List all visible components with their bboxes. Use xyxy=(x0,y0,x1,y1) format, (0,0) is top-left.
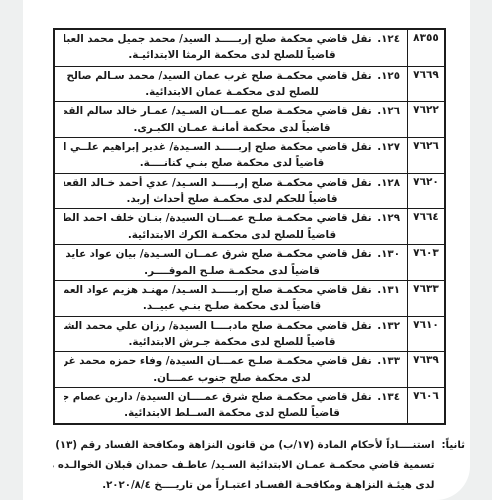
reference-number: ٧٦٣٩ xyxy=(407,352,444,387)
second-clause-label: ثانياً: xyxy=(441,436,465,496)
decision-text: نقل قاضي محكمـة صلح شرق عمــــان السيدة/… xyxy=(64,391,372,403)
decision-line1: ١٢٨. نقل قاضي محكمـة صلح إربـــــد السـي… xyxy=(64,175,400,191)
second-clause-line1: استنــــاداً لأحكام المادة (١٧/ب) من قان… xyxy=(53,436,434,456)
item-number: ١٢٤. xyxy=(375,33,400,45)
decision-cell: ١٣٢. نقل قاضي محكمـة صلح مادبــــا السيد… xyxy=(55,317,407,352)
decision-line2: قاضياً لدى محكمة صلح بنـي كنانــــة. xyxy=(64,155,400,171)
reference-number: ٧٦١٠ xyxy=(407,317,444,352)
decision-cell: ١٢٨. نقل قاضي محكمـة صلح إربـــــد السـي… xyxy=(55,174,407,209)
decision-line2: لدى محكمة صلح جنوب عمـــان. xyxy=(64,370,400,386)
second-clause-line3: لدى هيئـة النزاهـة ومكافحـة الفسـاد اعتب… xyxy=(53,476,434,496)
item-number: ١٢٥. xyxy=(375,70,400,82)
table-row: ٧٦٦٤ ١٢٩. نقل قاضي محكمـة صلـح عمـــان ا… xyxy=(55,208,444,244)
item-number: ١٢٧. xyxy=(375,141,400,153)
decision-cell: ١٢٦. نقل قاضي محكمـة صلح عمـــان السـيد/… xyxy=(55,102,407,137)
decision-line2: قاضياً للحكم لدى محكمـة صلح أحداث إربد. xyxy=(64,191,400,207)
decision-line2: قاضياً لدى محكمـة صلـح الموقــــر. xyxy=(64,263,400,279)
decision-text: نقل قاضي محكمـة صلح مادبــــا السيدة/ رز… xyxy=(64,320,372,332)
table-row: ٧٦٢٢ ١٢٦. نقل قاضي محكمـة صلح عمـــان ال… xyxy=(55,101,444,137)
reference-number: ٨٣٥٥ xyxy=(407,30,444,66)
decision-line1: ١٣٤. نقل قاضي محكمـة صلح شرق عمــــان ال… xyxy=(64,389,400,405)
decision-text: نقل قاضي محكمـة صلح غرب عمان السيد/ محمد… xyxy=(64,70,372,82)
decision-cell: ١٢٤. نقل قاضي محكمة صلح إربـــــد السيد/… xyxy=(55,30,407,66)
second-clause: ثانياً: استنــــاداً لأحكام المادة (١٧/ب… xyxy=(53,436,465,496)
decision-line1: ١٢٩. نقل قاضي محكمـة صلـح عمـــان السيدة… xyxy=(64,210,400,226)
gazette-scan-view: ٨٣٥٥ ١٢٤. نقل قاضي محكمة صلح إربـــــد ا… xyxy=(0,0,492,500)
decision-line2: قاضياً لدى محكمة أمانـة عمـان الكبـرى. xyxy=(64,120,400,136)
table-row: ٧٦٦٩ ١٢٥. نقل قاضي محكمـة صلح غرب عمان ا… xyxy=(55,66,444,102)
decision-line1: ١٢٦. نقل قاضي محكمـة صلح عمـــان السـيد/… xyxy=(64,103,400,119)
reference-number: ٧٦٢٦ xyxy=(407,138,444,173)
decision-line1: ١٣٠. نقل قاضي محكمـة صلح شرق عمــان السـ… xyxy=(64,246,400,262)
decision-cell: ١٣١. نقل قاضي محكمـة صلح إربـــــد السـي… xyxy=(55,281,407,316)
second-clause-body: استنــــاداً لأحكام المادة (١٧/ب) من قان… xyxy=(53,436,434,496)
reference-number: ٧٦٦٤ xyxy=(407,209,444,244)
decision-line2: قاضياً للصلح لدى محكمة جـرش الابتدائية. xyxy=(64,334,400,350)
decision-line1: ١٣١. نقل قاضي محكمـة صلح إربـــــد السـي… xyxy=(64,282,400,298)
decision-text: نقل قاضي محكمـة صلح عمـــان السـيد/ عمـا… xyxy=(64,105,372,117)
decision-line1: ١٢٧. نقل قاضي محكمة صلح إربـــــد السـيد… xyxy=(64,139,400,155)
decision-text: نقل قاضي محكمـة صلح إربـــــد السـيد/ عد… xyxy=(64,177,372,189)
decision-line1: ١٣٣. نقل قاضي محكمـة صلـح عمـــان السيدة… xyxy=(64,353,400,369)
decision-line2: قاضياً للصلح لدى محكمة الســلط الابتدائي… xyxy=(64,405,400,421)
decision-text: نقل قاضي محكمـة صلـح عمـــان السيدة/ بنـ… xyxy=(64,212,372,224)
reference-number: ٧٦٠٦ xyxy=(407,388,444,423)
item-number: ١٢٩. xyxy=(375,212,400,224)
decision-line1: ١٢٤. نقل قاضي محكمة صلح إربـــــد السيد/… xyxy=(64,31,400,47)
reference-number: ٧٦٢٢ xyxy=(407,102,444,137)
decision-line2: قاضياً لدى محكمة صلـح بنـي عبيــد. xyxy=(64,298,400,314)
decision-cell: ١٣٤. نقل قاضي محكمـة صلح شرق عمــــان ال… xyxy=(55,388,407,423)
table-row: ٧٦١٠ ١٣٢. نقل قاضي محكمـة صلح مادبــــا … xyxy=(55,316,444,352)
table-row: ٧٦٣٩ ١٣٣. نقل قاضي محكمـة صلـح عمـــان ا… xyxy=(55,351,444,387)
decision-text: نقل قاضي محكمـة صلح إربـــــد السـيد/ مه… xyxy=(64,284,372,296)
decision-cell: ١٢٧. نقل قاضي محكمة صلح إربـــــد السـيد… xyxy=(55,138,407,173)
decision-text: نقل قاضي محكمة صلح إربـــــد السيد/ محمد… xyxy=(64,33,372,45)
table-row: ٧٦٠٦ ١٣٤. نقل قاضي محكمـة صلح شرق عمــــ… xyxy=(55,387,444,423)
decision-text: نقل قاضي محكمـة صلح شرق عمــان السـيدة/ … xyxy=(64,248,372,260)
item-number: ١٣١. xyxy=(375,284,400,296)
reference-number: ٧٦٣٣ xyxy=(407,281,444,316)
item-number: ١٣٤. xyxy=(375,391,400,403)
table-row: ٧٦٢٠ ١٢٨. نقل قاضي محكمـة صلح إربـــــد … xyxy=(55,173,444,209)
item-number: ١٢٦. xyxy=(375,105,400,117)
decision-cell: ١٢٥. نقل قاضي محكمـة صلح غرب عمان السيد/… xyxy=(55,67,407,102)
decision-line2: للصلح لدى محكمـة عمان الابتدائية. xyxy=(64,84,400,100)
second-clause-line2: تسمية قاضي محكمـة عمـان الابتدائية السـي… xyxy=(53,456,434,476)
decision-cell: ١٣٣. نقل قاضي محكمـة صلـح عمـــان السيدة… xyxy=(55,352,407,387)
decision-line1: ١٣٢. نقل قاضي محكمـة صلح مادبــــا السيد… xyxy=(64,318,400,334)
decision-line1: ١٢٥. نقل قاضي محكمـة صلح غرب عمان السيد/… xyxy=(64,68,400,84)
reference-number: ٧٦٢٠ xyxy=(407,174,444,209)
judge-transfers-table: ٨٣٥٥ ١٢٤. نقل قاضي محكمة صلح إربـــــد ا… xyxy=(53,28,446,425)
decision-text: نقل قاضي محكمة صلح إربـــــد السـيدة/ غد… xyxy=(64,141,372,153)
decision-text: نقل قاضي محكمـة صلـح عمـــان السيدة/ وفا… xyxy=(64,355,372,367)
decision-cell: ١٣٠. نقل قاضي محكمـة صلح شرق عمــان السـ… xyxy=(55,245,407,280)
decision-cell: ١٢٩. نقل قاضي محكمـة صلـح عمـــان السيدة… xyxy=(55,209,407,244)
gazette-page: ٨٣٥٥ ١٢٤. نقل قاضي محكمة صلح إربـــــد ا… xyxy=(23,0,470,500)
reference-number: ٧٦٠٣ xyxy=(407,245,444,280)
item-number: ١٣٣. xyxy=(375,355,400,367)
table-row: ٧٦٠٣ ١٣٠. نقل قاضي محكمـة صلح شرق عمــان… xyxy=(55,244,444,280)
table-row: ٧٦٢٦ ١٢٧. نقل قاضي محكمة صلح إربـــــد ا… xyxy=(55,137,444,173)
decision-line2: قاضياً للصلح لدى محكمة الرمثا الابتدائيـ… xyxy=(64,47,400,63)
reference-number: ٧٦٦٩ xyxy=(407,67,444,102)
item-number: ١٢٨. xyxy=(375,177,400,189)
item-number: ١٣٢. xyxy=(375,320,400,332)
table-row: ٧٦٣٣ ١٣١. نقل قاضي محكمـة صلح إربـــــد … xyxy=(55,280,444,316)
item-number: ١٣٠. xyxy=(375,248,400,260)
decision-line2: قاضياً للصلح لدى محكمـة الكرك الابتدائية… xyxy=(64,227,400,243)
table-row: ٨٣٥٥ ١٢٤. نقل قاضي محكمة صلح إربـــــد ا… xyxy=(55,30,444,66)
